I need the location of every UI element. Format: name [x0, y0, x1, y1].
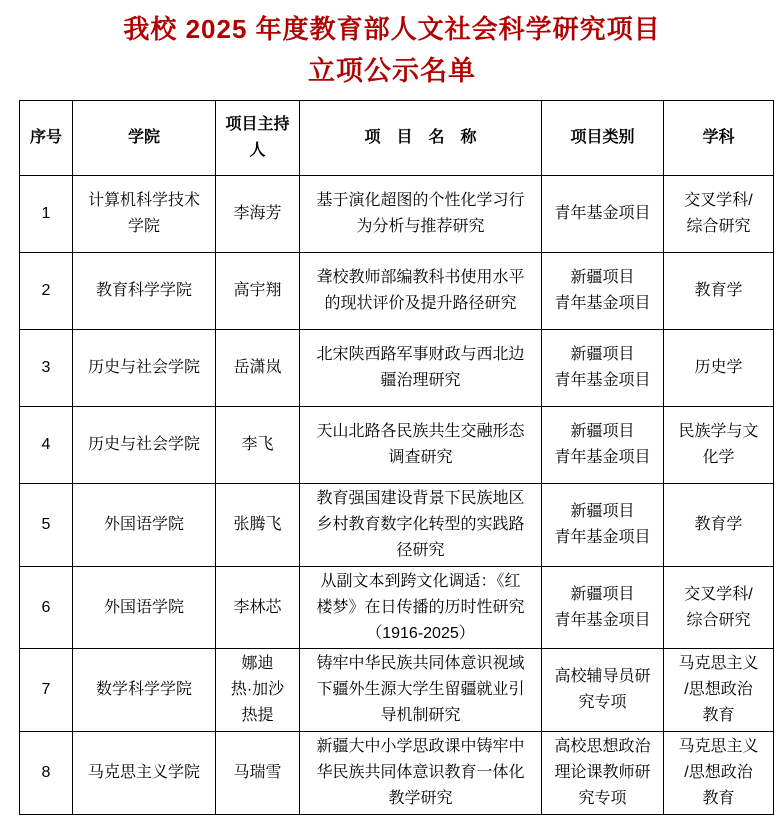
- cell-index: 2: [20, 253, 73, 330]
- cell-college: 教育科学学院: [73, 253, 216, 330]
- cell-college: 数学科学学院: [73, 649, 216, 732]
- table-row: 1计算机科学技术 学院李海芳基于演化超图的个性化学习行 为分析与推荐研究青年基金…: [20, 176, 774, 253]
- cell-leader: 李飞: [216, 407, 300, 484]
- column-header-leader: 项目主持 人: [216, 101, 300, 176]
- cell-discipline: 教育学: [664, 253, 774, 330]
- cell-discipline: 历史学: [664, 330, 774, 407]
- cell-category: 青年基金项目: [542, 176, 664, 253]
- page-title-line2: 立项公示名单: [0, 58, 784, 85]
- table-row: 8马克思主义学院马瑞雪新疆大中小学思政课中铸牢中 华民族共同体意识教育一体化 教…: [20, 732, 774, 815]
- cell-category: 新疆项目 青年基金项目: [542, 566, 664, 649]
- cell-leader: 李海芳: [216, 176, 300, 253]
- cell-discipline: 马克思主义 /思想政治 教育: [664, 649, 774, 732]
- cell-index: 3: [20, 330, 73, 407]
- cell-college: 历史与社会学院: [73, 407, 216, 484]
- cell-index: 8: [20, 732, 73, 815]
- page-title-line1: 我校 2025 年度教育部人文社会科学研究项目: [0, 16, 784, 42]
- cell-index: 4: [20, 407, 73, 484]
- cell-index: 7: [20, 649, 73, 732]
- cell-index: 1: [20, 176, 73, 253]
- cell-leader: 马瑞雪: [216, 732, 300, 815]
- cell-project-name: 天山北路各民族共生交融形态 调查研究: [300, 407, 542, 484]
- cell-leader: 李林芯: [216, 566, 300, 649]
- cell-category: 新疆项目 青年基金项目: [542, 484, 664, 567]
- cell-college: 外国语学院: [73, 484, 216, 567]
- cell-project-name: 从副文本到跨文化调适：《红 楼梦》在日传播的历时性研究 （1916-2025）: [300, 566, 542, 649]
- cell-discipline: 民族学与文 化学: [664, 407, 774, 484]
- cell-project-name: 教育强国建设背景下民族地区 乡村教育数字化转型的实践路 径研究: [300, 484, 542, 567]
- column-header-category: 项目类别: [542, 101, 664, 176]
- cell-index: 5: [20, 484, 73, 567]
- cell-category: 高校思想政治 理论课教师研 究专项: [542, 732, 664, 815]
- column-header-name: 项 目 名 称: [300, 101, 542, 176]
- table-row: 2教育科学学院高宇翔聋校教师部编教科书使用水平 的现状评价及提升路径研究新疆项目…: [20, 253, 774, 330]
- table-header-row: 序号学院项目主持 人项 目 名 称项目类别学科: [20, 101, 774, 176]
- cell-category: 新疆项目 青年基金项目: [542, 330, 664, 407]
- cell-index: 6: [20, 566, 73, 649]
- cell-discipline: 马克思主义 /思想政治 教育: [664, 732, 774, 815]
- column-header-no: 序号: [20, 101, 73, 176]
- cell-discipline: 交叉学科/ 综合研究: [664, 566, 774, 649]
- column-header-college: 学院: [73, 101, 216, 176]
- cell-leader: 岳潇岚: [216, 330, 300, 407]
- cell-leader: 张腾飞: [216, 484, 300, 567]
- cell-college: 计算机科学技术 学院: [73, 176, 216, 253]
- cell-project-name: 聋校教师部编教科书使用水平 的现状评价及提升路径研究: [300, 253, 542, 330]
- table-row: 7数学科学学院娜迪 热·加沙 热提铸牢中华民族共同体意识视域 下疆外生源大学生留…: [20, 649, 774, 732]
- cell-discipline: 交叉学科/ 综合研究: [664, 176, 774, 253]
- cell-project-name: 新疆大中小学思政课中铸牢中 华民族共同体意识教育一体化 教学研究: [300, 732, 542, 815]
- table-row: 6外国语学院李林芯从副文本到跨文化调适：《红 楼梦》在日传播的历时性研究 （19…: [20, 566, 774, 649]
- cell-discipline: 教育学: [664, 484, 774, 567]
- cell-category: 新疆项目 青年基金项目: [542, 253, 664, 330]
- cell-project-name: 北宋陕西路军事财政与西北边 疆治理研究: [300, 330, 542, 407]
- document: 我校 2025 年度教育部人文社会科学研究项目 立项公示名单 序号学院项目主持 …: [0, 0, 784, 815]
- table-row: 3历史与社会学院岳潇岚北宋陕西路军事财政与西北边 疆治理研究新疆项目 青年基金项…: [20, 330, 774, 407]
- table-row: 4历史与社会学院李飞天山北路各民族共生交融形态 调查研究新疆项目 青年基金项目民…: [20, 407, 774, 484]
- column-header-discipline: 学科: [664, 101, 774, 176]
- projects-table: 序号学院项目主持 人项 目 名 称项目类别学科 1计算机科学技术 学院李海芳基于…: [19, 100, 774, 815]
- cell-project-name: 铸牢中华民族共同体意识视域 下疆外生源大学生留疆就业引 导机制研究: [300, 649, 542, 732]
- table-row: 5外国语学院张腾飞教育强国建设背景下民族地区 乡村教育数字化转型的实践路 径研究…: [20, 484, 774, 567]
- cell-category: 高校辅导员研 究专项: [542, 649, 664, 732]
- cell-project-name: 基于演化超图的个性化学习行 为分析与推荐研究: [300, 176, 542, 253]
- cell-college: 外国语学院: [73, 566, 216, 649]
- cell-college: 马克思主义学院: [73, 732, 216, 815]
- cell-category: 新疆项目 青年基金项目: [542, 407, 664, 484]
- cell-leader: 娜迪 热·加沙 热提: [216, 649, 300, 732]
- cell-leader: 高宇翔: [216, 253, 300, 330]
- cell-college: 历史与社会学院: [73, 330, 216, 407]
